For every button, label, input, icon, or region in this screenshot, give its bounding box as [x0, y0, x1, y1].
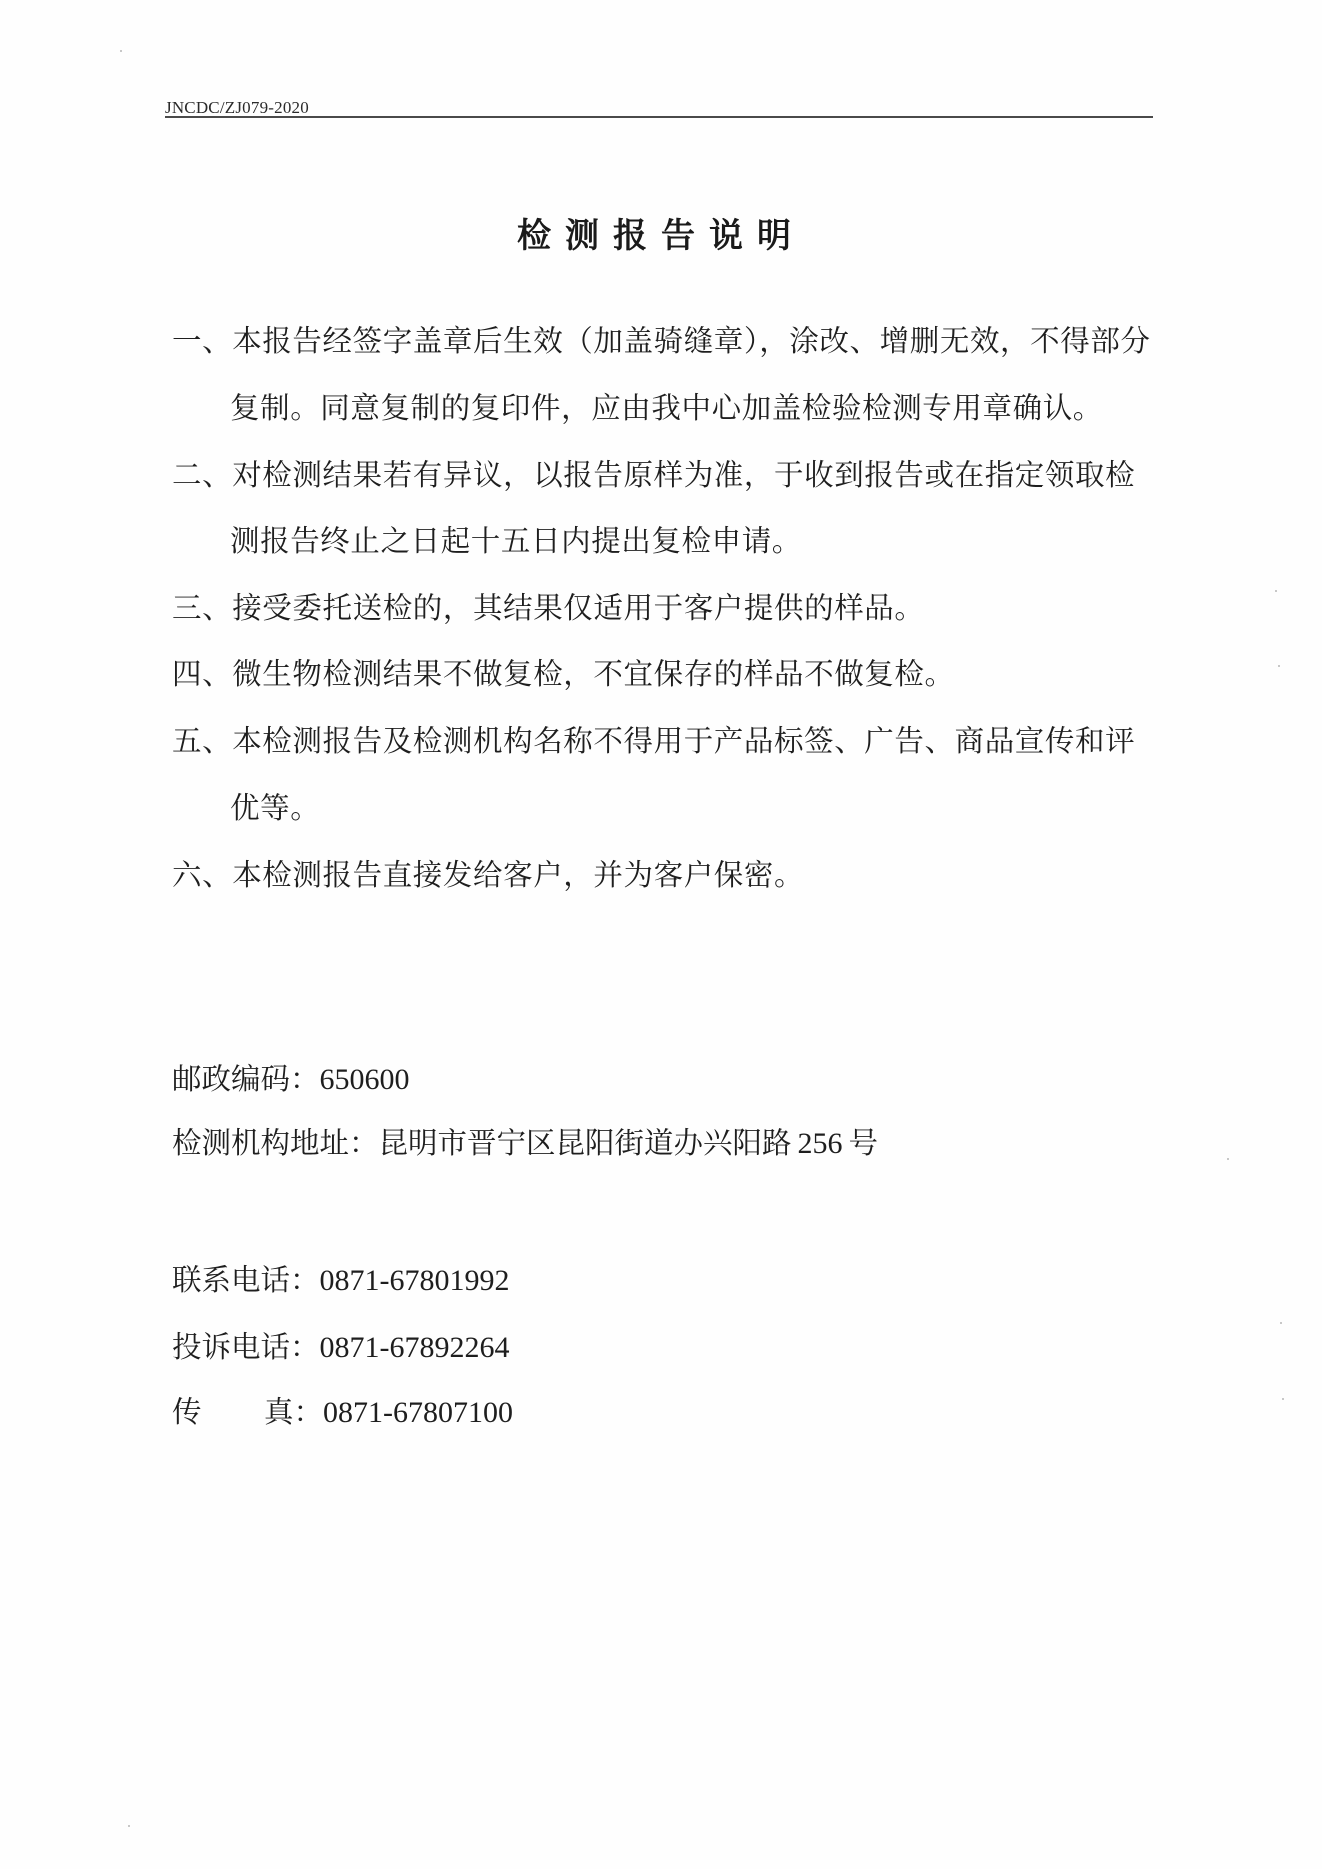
- fax-value: 0871-67807100: [323, 1396, 513, 1429]
- address-number: 256: [798, 1127, 843, 1160]
- fax-label-second: 真：: [264, 1395, 323, 1429]
- clause-1-line-1: 一、本报告经签字盖章后生效（加盖骑缝章），涂改、增删无效，不得部分: [172, 323, 1151, 359]
- scan-speck: [1227, 1158, 1229, 1160]
- clause-3-line-1: 三、接受委托送检的，其结果仅适用于客户提供的样品。: [172, 590, 925, 626]
- clause-2-line-1: 二、对检测结果若有异议，以报告原样为准，于收到报告或在指定领取检: [172, 457, 1135, 493]
- postal-code-value: 650600: [320, 1063, 410, 1096]
- clause-6-line-1: 六、本检测报告直接发给客户，并为客户保密。: [172, 857, 804, 893]
- clause-1-line-2: 复制。同意复制的复印件，应由我中心加盖检验检测专用章确认。: [230, 390, 1103, 426]
- complaint-phone-label: 投诉电话：: [172, 1330, 320, 1364]
- page-title: 检测报告说明: [0, 208, 1322, 257]
- fax-row: 传真：0871-67807100: [172, 1394, 513, 1431]
- scan-speck: [1282, 1398, 1284, 1400]
- address-value: 昆明市晋宁区昆阳街道办兴阳路: [379, 1126, 792, 1160]
- clause-4-line-1: 四、微生物检测结果不做复检，不宜保存的样品不做复检。: [172, 656, 955, 692]
- clause-5-line-2: 优等。: [230, 790, 320, 826]
- address-label: 检测机构地址：: [172, 1126, 379, 1160]
- address-suffix: 号: [849, 1126, 879, 1160]
- document-code: JNCDC/ZJ079-2020: [165, 98, 309, 118]
- document-page: JNCDC/ZJ079-2020 检测报告说明 一、本报告经签字盖章后生效（加盖…: [0, 0, 1322, 1869]
- complaint-phone-row: 投诉电话：0871-67892264: [172, 1329, 510, 1366]
- fax-label-first: 传: [172, 1394, 264, 1430]
- clause-2-line-2: 测报告终止之日起十五日内提出复检申请。: [230, 523, 802, 559]
- address-row: 检测机构地址：昆明市晋宁区昆阳街道办兴阳路256号: [172, 1125, 878, 1162]
- postal-code-label: 邮政编码：: [172, 1062, 320, 1096]
- phone-label: 联系电话：: [172, 1263, 320, 1297]
- scan-speck: [1278, 665, 1280, 667]
- complaint-phone-value: 0871-67892264: [320, 1331, 510, 1364]
- phone-value: 0871-67801992: [320, 1264, 510, 1297]
- scan-speck: [128, 1825, 130, 1827]
- header-divider: [165, 116, 1153, 118]
- clause-5-line-1: 五、本检测报告及检测机构名称不得用于产品标签、广告、商品宣传和评: [172, 723, 1135, 759]
- scan-speck: [1280, 1322, 1282, 1324]
- scan-speck: [1275, 590, 1277, 592]
- scan-speck: [120, 50, 122, 52]
- phone-row: 联系电话：0871-67801992: [172, 1262, 510, 1299]
- postal-code-row: 邮政编码：650600: [172, 1061, 410, 1098]
